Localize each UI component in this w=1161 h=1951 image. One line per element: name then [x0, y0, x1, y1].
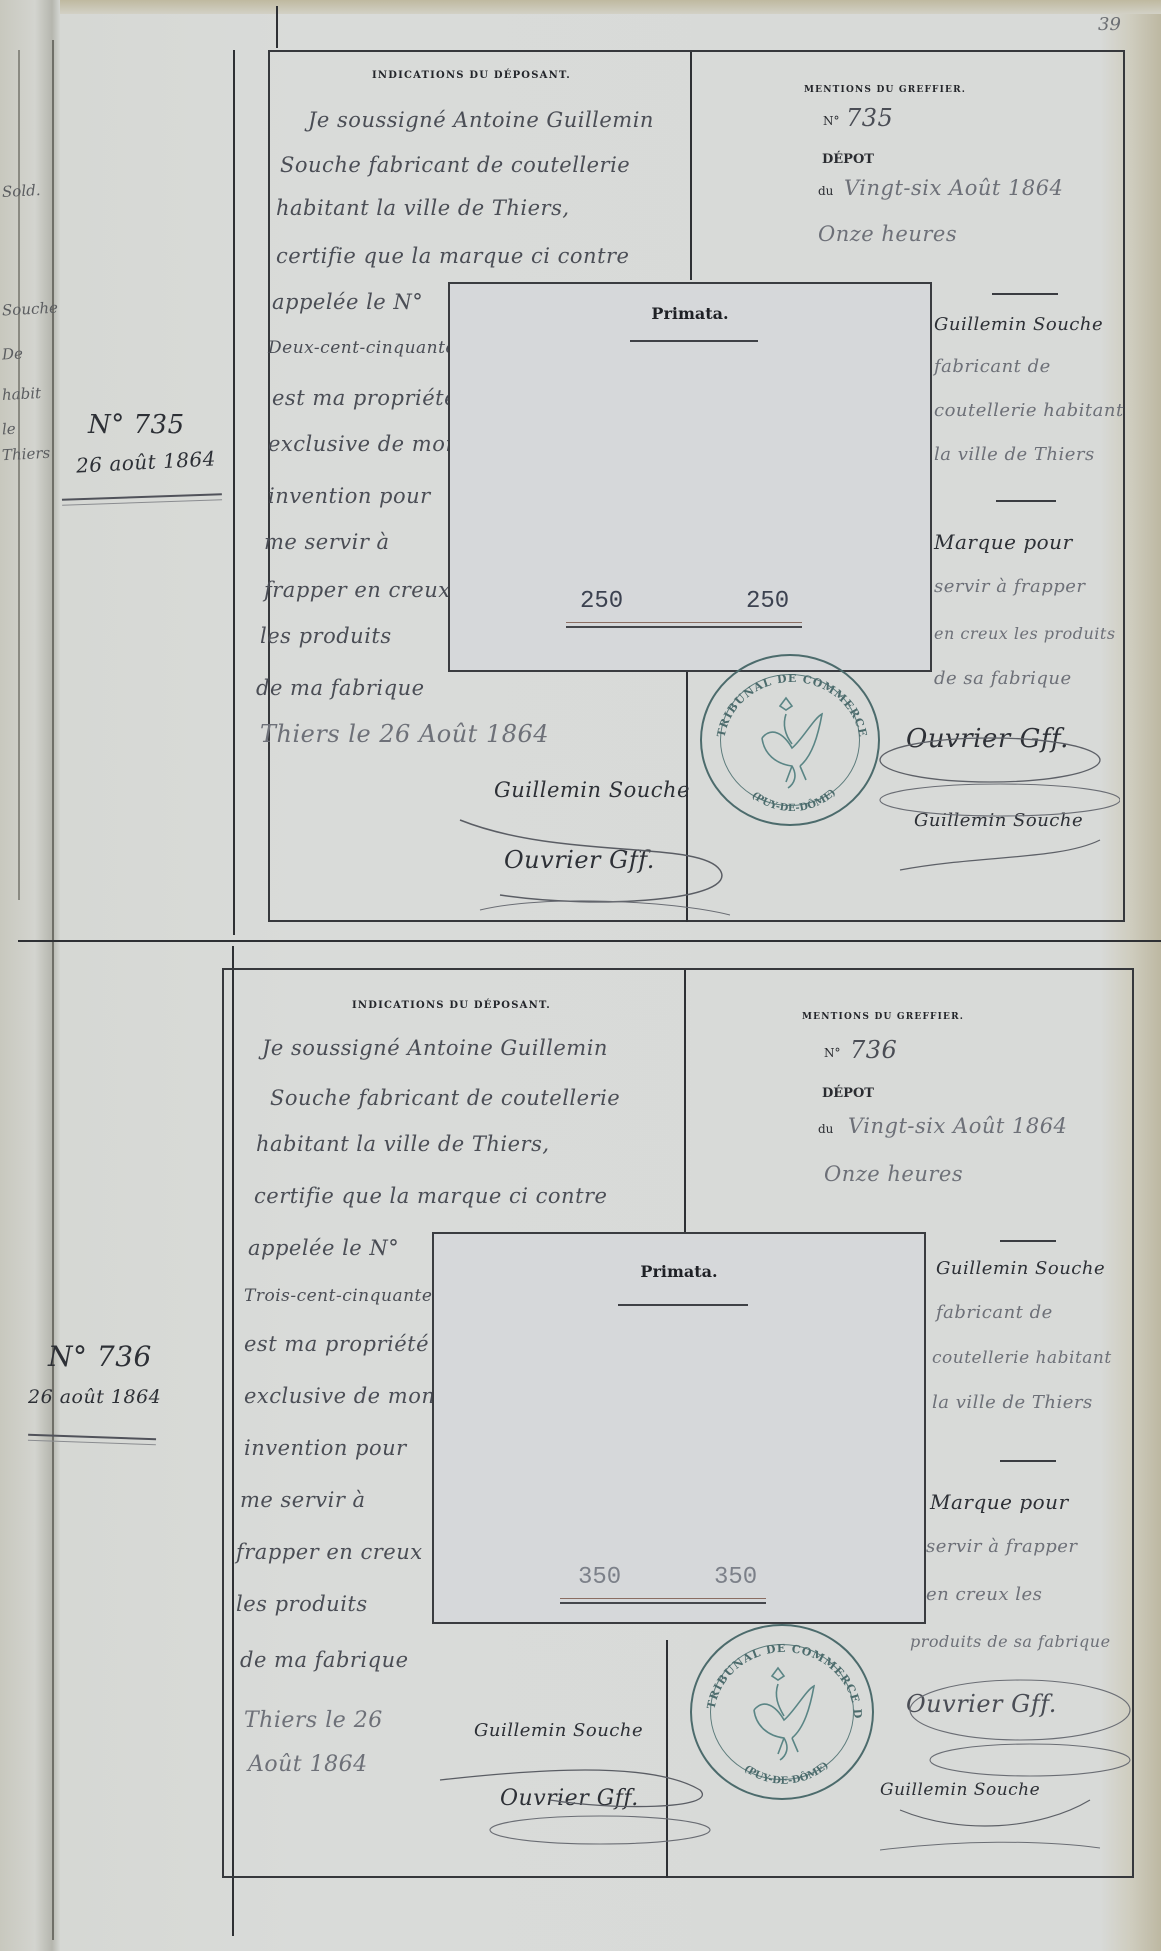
deposant-line: habitant la ville de Thiers,: [276, 196, 570, 220]
greffier-depositor-line: fabricant de: [934, 356, 1051, 377]
deposant-line: Souche fabricant de coutellerie: [270, 1086, 620, 1110]
page-number: 39: [1098, 14, 1121, 35]
deposant-place-date: Thiers le 26: [244, 1708, 383, 1733]
previous-page-edge: Sold. Souche De habit le Thiers: [0, 0, 60, 1951]
depot-label: DÉPOT: [822, 152, 874, 167]
deposant-line: frapper en creux: [236, 1540, 423, 1564]
entry-separator-rule: [18, 940, 1161, 942]
greffier-depositor-line: fabricant de: [936, 1302, 1053, 1323]
greffier-depositor-line: coutellerie habitant: [934, 400, 1124, 421]
deposit-hour: Onze heures: [824, 1162, 963, 1186]
trademark-title-rule: [618, 1304, 748, 1306]
column-rule: [276, 6, 278, 48]
deposant-line: Je soussigné Antoine Guillemin: [308, 108, 654, 132]
signature-flourish: [440, 800, 740, 930]
number-label: N°: [824, 1046, 841, 1060]
deposant-heading: Indications du déposant.: [352, 1000, 551, 1011]
svg-text:(PUY-DE-DÔME): (PUY-DE-DÔME): [742, 1760, 831, 1787]
court-seal: TRIBUNAL DE COMMERCE DE THIERS (PUY-DE-D…: [700, 654, 880, 826]
deposant-line: les produits: [260, 624, 392, 648]
section-rule: [1000, 1240, 1056, 1242]
deposit-date: Vingt-six Août 1864: [848, 1114, 1067, 1138]
eagle-emblem-icon: TRIBUNAL DE COMMERCE DE THIERS (PUY-DE-D…: [692, 1626, 876, 1802]
previous-page-fragment: De: [2, 344, 24, 363]
trademark-number-left: 250: [580, 588, 623, 615]
deposant-line: Je soussigné Antoine Guillemin: [262, 1036, 608, 1060]
greffier-purpose-line: Marque pour: [930, 1490, 1069, 1514]
deposant-line: certifie que la marque ci contre: [254, 1184, 608, 1208]
greffier-heading: Mentions du greffier.: [802, 1012, 964, 1022]
trademark-box-735: Primata. 250 250: [448, 282, 932, 672]
trademark-title: Primata.: [450, 304, 930, 323]
deposant-line: invention pour: [244, 1436, 407, 1460]
signature-flourish: [860, 720, 1120, 900]
greffier-purpose-line: servir à frapper: [926, 1536, 1078, 1557]
trademark-underline: [560, 1598, 766, 1604]
deposant-line: certifie que la marque ci contre: [276, 244, 630, 268]
deposant-line: Souche fabricant de coutellerie: [280, 153, 630, 177]
deposant-line: exclusive de mon: [244, 1384, 435, 1408]
trademark-number-right: 350: [714, 1564, 757, 1591]
margin-double-rule: [62, 493, 222, 506]
column-rule: [233, 50, 235, 935]
deposant-heading: Indications du déposant.: [372, 70, 571, 81]
depositor-signature: Guillemin Souche: [494, 778, 690, 802]
depositor-signature: Guillemin Souche: [474, 1720, 643, 1741]
margin-entry-number: N° 735: [88, 410, 185, 440]
deposit-number: 736: [850, 1036, 897, 1064]
deposant-line: Deux-cent-cinquante: [268, 338, 456, 358]
seal-text-bottom: (PUY-DE-DÔME): [749, 787, 838, 814]
section-rule: [996, 500, 1056, 502]
previous-page-fragment: Souche: [2, 299, 59, 320]
deposant-place-date: Thiers le 26 Août 1864: [260, 720, 549, 748]
greffier-depositor-line: la ville de Thiers: [932, 1392, 1093, 1413]
du-label: du: [818, 1122, 833, 1136]
eagle-emblem-icon: TRIBUNAL DE COMMERCE DE THIERS (PUY-DE-D…: [702, 656, 882, 828]
column-divider: [690, 52, 692, 280]
register-page: Sold. Souche De habit le Thiers 39 N° 73…: [0, 0, 1161, 1951]
deposit-number: 735: [846, 104, 893, 132]
signature-flourish: [880, 1660, 1140, 1860]
deposant-line: habitant la ville de Thiers,: [256, 1132, 550, 1156]
court-seal: TRIBUNAL DE COMMERCE DE THIERS (PUY-DE-D…: [690, 1624, 874, 1800]
greffier-purpose-line: en creux les: [926, 1584, 1042, 1605]
margin-entry-date: 26 août 1864: [75, 446, 216, 477]
deposant-line: est ma propriété: [272, 386, 457, 410]
binding-line: [18, 50, 20, 900]
deposant-line: appelée le N°: [248, 1236, 399, 1260]
binding-line: [52, 40, 54, 1940]
trademark-title: Primata.: [434, 1262, 924, 1281]
deposant-line: appelée le N°: [272, 290, 423, 314]
deposant-line: frapper en creux: [264, 578, 451, 602]
number-label: N°: [823, 114, 840, 128]
du-label: du: [818, 184, 833, 198]
deposant-place-date: Août 1864: [248, 1752, 368, 1777]
deposant-line: me servir à: [264, 530, 390, 554]
previous-page-fragment: Sold.: [2, 181, 41, 201]
greffier-depositor-line: Guillemin Souche: [934, 314, 1103, 335]
previous-page-fragment: habit: [2, 384, 42, 404]
greffier-heading: Mentions du greffier.: [804, 85, 966, 95]
trademark-number-left: 350: [578, 1564, 621, 1591]
depot-label: DÉPOT: [822, 1086, 874, 1101]
previous-page-fragment: le: [2, 420, 17, 439]
deposant-line: exclusive de mon: [268, 432, 459, 456]
greffier-purpose-line: produits de sa fabrique: [910, 1632, 1111, 1651]
greffier-purpose-line: servir à frapper: [934, 576, 1086, 597]
section-rule: [992, 293, 1058, 295]
greffier-purpose-line: Marque pour: [934, 530, 1073, 554]
deposant-line: me servir à: [240, 1488, 366, 1512]
greffier-depositor-line: coutellerie habitant: [932, 1348, 1112, 1368]
trademark-title-rule: [630, 340, 758, 342]
margin-entry-date: 26 août 1864: [28, 1386, 161, 1408]
signature-flourish: [430, 1740, 720, 1870]
greffier-depositor-line: la ville de Thiers: [934, 444, 1095, 465]
margin-entry-number: N° 736: [48, 1340, 152, 1373]
page-top-edge: [0, 0, 1161, 14]
trademark-underline: [566, 622, 802, 628]
deposant-line: est ma propriété: [244, 1332, 429, 1356]
deposit-hour: Onze heures: [818, 222, 957, 246]
deposant-line: invention pour: [268, 484, 431, 508]
previous-page-fragment: Thiers: [2, 444, 51, 464]
deposit-date: Vingt-six Août 1864: [844, 176, 1063, 200]
trademark-box-736: Primata. 350 350: [432, 1232, 926, 1624]
deposant-line: de ma fabrique: [240, 1648, 409, 1672]
section-rule: [1000, 1460, 1056, 1462]
greffier-purpose-line: en creux les produits: [934, 624, 1116, 643]
greffier-purpose-line: de sa fabrique: [934, 668, 1072, 689]
svg-text:(PUY-DE-DÔME): (PUY-DE-DÔME): [749, 787, 838, 814]
deposant-line: les produits: [236, 1592, 368, 1616]
greffier-depositor-line: Guillemin Souche: [936, 1258, 1105, 1279]
seal-text-bottom: (PUY-DE-DÔME): [742, 1760, 831, 1787]
column-divider: [684, 970, 686, 1240]
deposant-line: de ma fabrique: [256, 676, 425, 700]
trademark-number-right: 250: [746, 588, 789, 615]
deposant-line: Trois-cent-cinquante: [244, 1286, 432, 1306]
